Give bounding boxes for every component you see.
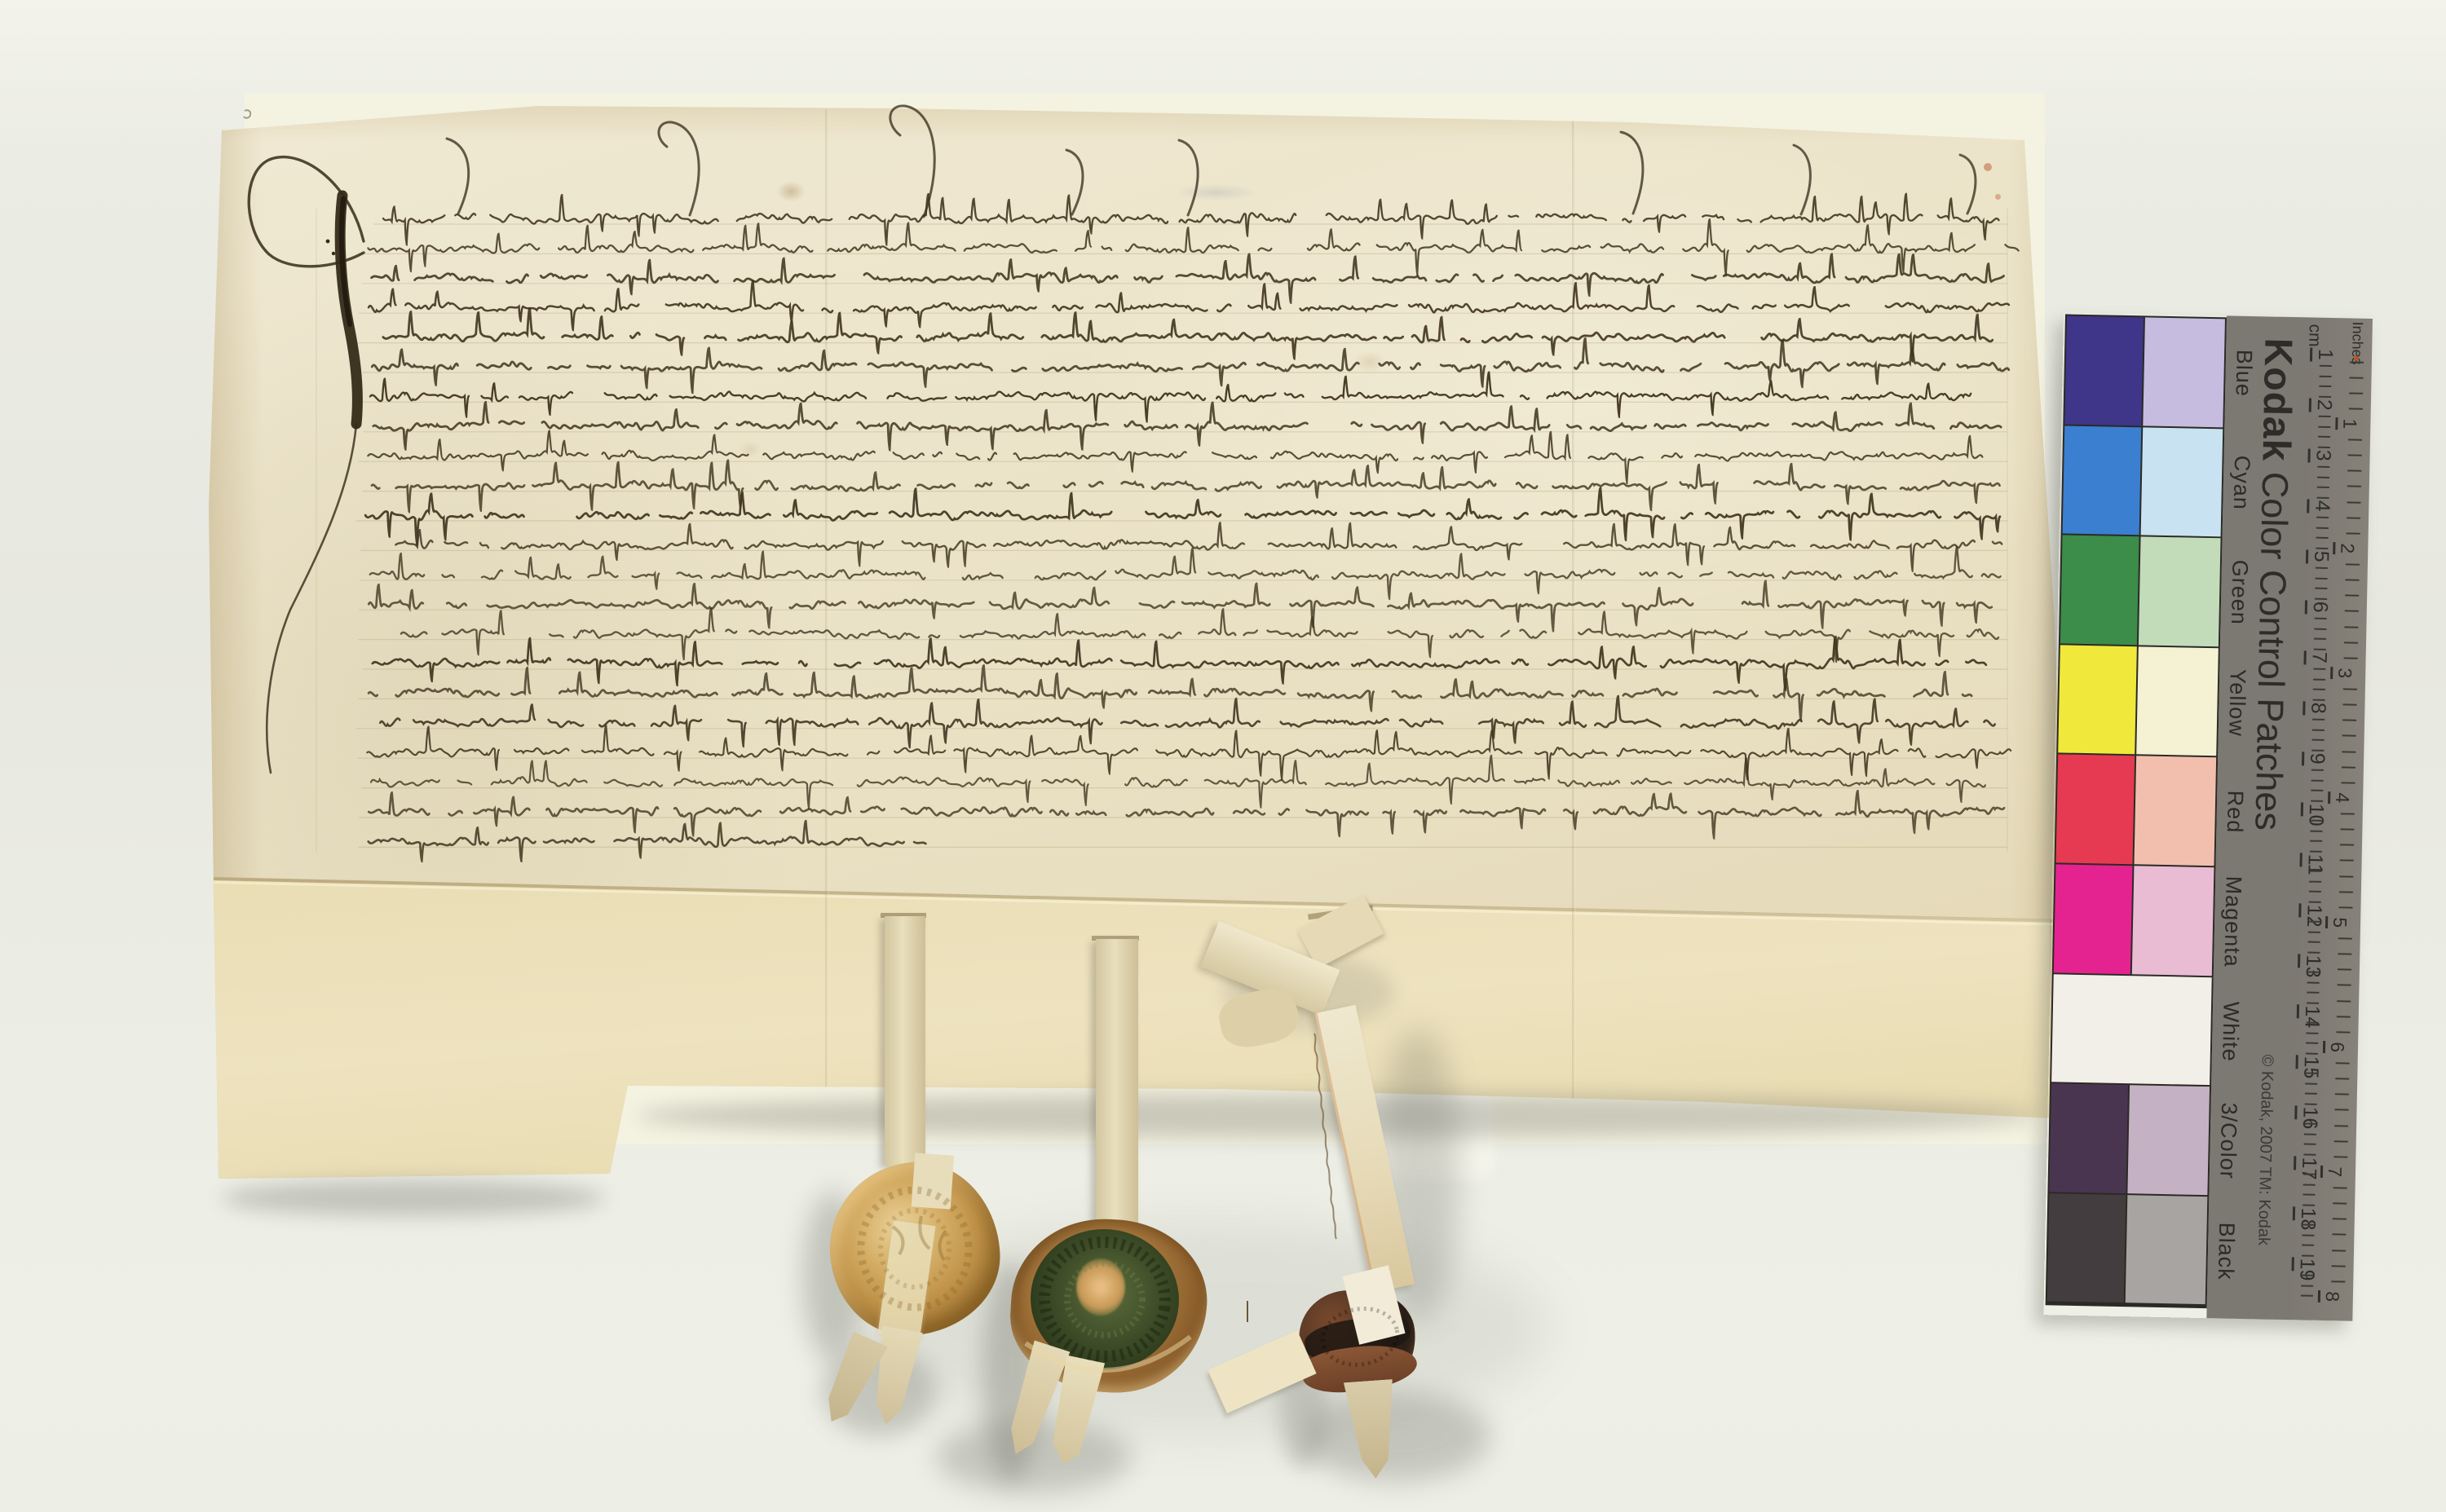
cm-number: 8 — [2306, 702, 2329, 717]
patch-label-cyan: Cyan — [2224, 429, 2259, 537]
inch-number-text: 2 — [2336, 543, 2358, 553]
cm-number: 9 — [2305, 752, 2329, 768]
inch-subtick — [2337, 1000, 2351, 1002]
cm-tick — [2292, 1257, 2294, 1271]
inch-subtick — [2334, 1140, 2348, 1142]
cm-tick — [2306, 549, 2308, 563]
inch-subtick — [2349, 392, 2363, 394]
cm-number-text: 14 — [2300, 1005, 2325, 1028]
inch-subtick — [2343, 688, 2357, 690]
inch-subtick — [2347, 486, 2361, 487]
wax-seal-middle-chip — [1076, 1259, 1125, 1316]
cm-tick — [2294, 1105, 2297, 1119]
cm-number-text: 15 — [2298, 1056, 2323, 1078]
cm-subtick — [2306, 1043, 2318, 1044]
patch-white — [2051, 974, 2212, 1085]
vertical-crease-right — [1572, 111, 1576, 1179]
cm-tick — [2307, 448, 2310, 462]
cm-subtick — [2318, 436, 2330, 438]
cm-number-text: 19 — [2294, 1258, 2319, 1281]
cm-subtick — [2314, 628, 2326, 629]
blue-smudge — [1177, 184, 1255, 201]
inch-number-text: 5 — [2329, 917, 2351, 928]
inch-subtick — [2342, 766, 2355, 768]
inch-number-text: 7 — [2324, 1166, 2346, 1177]
cm-tick — [2296, 1055, 2298, 1069]
cm-subtick — [2305, 1103, 2317, 1104]
patch-label-3-color: 3/Color — [2210, 1087, 2245, 1195]
inch-subtick — [2348, 439, 2362, 441]
cm-tick — [2301, 802, 2303, 816]
patch-label-text: Cyan — [2228, 456, 2254, 511]
cm-number: 15 — [2298, 1056, 2323, 1082]
parchment-stain — [1353, 350, 1386, 373]
cm-subtick — [2314, 638, 2326, 640]
inch-subtick — [2345, 611, 2359, 612]
patch-label-green: Green — [2222, 539, 2257, 647]
inch-subtick — [2334, 1125, 2348, 1126]
cm-number-text: 12 — [2302, 904, 2326, 927]
cm-subtick — [2303, 1194, 2315, 1196]
cm-subtick — [2313, 699, 2325, 700]
cm-subtick — [2303, 1153, 2316, 1155]
cm-subtick — [2303, 1184, 2316, 1185]
patch-label-text: Red — [2222, 791, 2248, 834]
cm-number-text: 16 — [2298, 1106, 2322, 1129]
cm-subtick — [2319, 386, 2331, 387]
inch-subtick — [2338, 985, 2351, 986]
inch-subtick — [2342, 704, 2356, 706]
inch-subtick — [2344, 626, 2358, 628]
patch-red-tint — [2135, 756, 2217, 866]
cm-number: 18 — [2295, 1207, 2320, 1234]
cm-number-text: 6 — [2308, 601, 2332, 612]
cm-subtick — [2318, 425, 2330, 427]
inch-subtick — [2350, 377, 2364, 378]
cm-number: 3 — [2311, 450, 2334, 465]
cm-number: 1 — [2313, 349, 2337, 364]
patch-red-saturated — [2056, 755, 2135, 864]
patch-black-saturated — [2047, 1193, 2126, 1303]
cm-subtick — [2308, 941, 2320, 943]
seal-tag-left — [885, 916, 925, 1166]
cm-number: 19 — [2294, 1258, 2319, 1285]
cm-subtick — [2308, 921, 2320, 923]
patch-3-color-saturated — [2049, 1083, 2128, 1192]
inch-number-text: 4 — [2331, 792, 2353, 803]
cm-number: 11 — [2303, 853, 2327, 879]
inch-subtick — [2345, 595, 2359, 597]
cm-subtick — [2306, 1052, 2318, 1054]
cm-subtick — [2305, 1073, 2317, 1074]
cm-subtick — [2301, 1295, 2313, 1297]
patch-label-text: 3/Color — [2214, 1103, 2241, 1180]
red-speck — [1995, 194, 2001, 200]
cm-tick — [2298, 903, 2301, 917]
vertical-crease-left — [825, 109, 829, 1169]
cm-subtick — [2316, 517, 2329, 518]
cm-number: 16 — [2298, 1106, 2322, 1133]
cm-subtick — [2307, 972, 2320, 973]
patch-blue-saturated — [2064, 315, 2144, 425]
patch-yellow-saturated — [2058, 645, 2137, 754]
patch-label-text: White — [2217, 1001, 2243, 1062]
inch-number: 5 — [2329, 917, 2351, 932]
cm-subtick — [2311, 749, 2324, 751]
inch-subtick — [2340, 829, 2354, 831]
patch-label-text: Magenta — [2219, 876, 2245, 968]
cm-subtick — [2315, 618, 2327, 619]
inch-subtick — [2347, 501, 2360, 503]
cm-subtick — [2302, 1234, 2314, 1236]
inch-subtick — [2346, 580, 2360, 581]
inch-subtick — [2332, 1234, 2346, 1236]
cm-subtick — [2311, 820, 2323, 822]
inch-number: 1 — [2338, 418, 2360, 434]
cm-subtick — [2306, 1032, 2318, 1034]
cm-subtick — [2312, 739, 2325, 741]
inch-number: 2 — [2336, 543, 2358, 558]
cm-number-text: 2 — [2312, 399, 2336, 411]
cm-subtick — [2315, 597, 2327, 599]
cm-number-text: 8 — [2306, 702, 2329, 713]
cm-number: 2 — [2312, 399, 2336, 415]
cm-subtick — [2316, 547, 2328, 549]
inch-number-text: 6 — [2326, 1042, 2348, 1052]
patch-magenta-saturated — [2054, 864, 2133, 973]
cm-subtick — [2307, 981, 2320, 983]
cm-subtick — [2316, 577, 2328, 579]
inch-subtick — [2338, 906, 2352, 908]
patch-label-text: Blue — [2231, 350, 2257, 398]
inch-subtick — [2332, 1265, 2346, 1267]
kodak-color-control-strip: Kodak Color Control Patches © Kodak, 200… — [2043, 312, 2373, 1320]
cm-subtick — [2317, 487, 2329, 488]
cm-subtick — [2303, 1204, 2315, 1206]
inch-tick — [2328, 791, 2330, 804]
cm-subtick — [2312, 719, 2325, 721]
patch-label-text: Black — [2213, 1222, 2239, 1281]
cm-subtick — [2309, 880, 2321, 882]
cm-subtick — [2309, 891, 2321, 893]
inch-subtick — [2347, 517, 2360, 518]
cm-tick — [2307, 499, 2309, 513]
inch-subtick — [2333, 1219, 2347, 1220]
cm-subtick — [2310, 850, 2322, 852]
cm-subtick — [2313, 689, 2325, 690]
cm-number: 10 — [2303, 803, 2328, 830]
kodak-copyright-text: © Kodak, 2007 TM: Kodak — [2254, 1054, 2276, 1245]
cm-tick — [2303, 650, 2306, 664]
inch-number: 8 — [2321, 1291, 2343, 1307]
cm-subtick — [2303, 1174, 2316, 1175]
cm-number: 17 — [2297, 1157, 2321, 1184]
cm-tick — [2294, 1156, 2296, 1170]
inch-subtick — [2335, 1078, 2349, 1079]
inch-subtick — [2339, 875, 2353, 877]
patch-label-blue: Blue — [2226, 319, 2261, 427]
inch-subtick — [2342, 720, 2356, 721]
cm-subtick — [2313, 678, 2325, 680]
cm-tick — [2293, 1206, 2295, 1220]
patch-cyan-tint — [2141, 427, 2223, 537]
cm-number: 5 — [2309, 550, 2333, 566]
inch-number: 3 — [2333, 668, 2355, 683]
inch-tick — [2320, 1166, 2323, 1178]
red-speck — [1984, 163, 1992, 171]
cm-subtick — [2316, 567, 2328, 569]
patch-label-text: Green — [2226, 560, 2253, 626]
patch-label-magenta: Magenta — [2215, 867, 2250, 976]
cm-number: 12 — [2302, 904, 2326, 931]
cm-number: 13 — [2301, 954, 2325, 981]
cm-subtick — [2307, 1022, 2319, 1024]
cm-subtick — [2307, 992, 2319, 994]
cm-tick — [2310, 347, 2312, 361]
cm-subtick — [2317, 466, 2329, 468]
cm-tick — [2299, 853, 2302, 866]
patch-blue-tint — [2143, 317, 2225, 427]
cm-number-text: 4 — [2310, 500, 2333, 512]
seal-tag-middle — [1096, 939, 1138, 1229]
inch-subtick — [2333, 1156, 2347, 1157]
inch-subtick — [2341, 813, 2355, 814]
cm-subtick — [2309, 871, 2321, 872]
cm-number-text: 5 — [2309, 550, 2333, 562]
kodak-brand-text: Kodak — [2254, 337, 2299, 462]
cm-tick — [2305, 600, 2307, 614]
cm-subtick — [2319, 395, 2331, 397]
inch-subtick — [2340, 844, 2354, 846]
cm-number-text: 18 — [2296, 1207, 2320, 1230]
patch-label-white: White — [2213, 977, 2248, 1086]
cm-number-text: 9 — [2305, 752, 2329, 764]
cm-tick — [2297, 1004, 2299, 1018]
cm-subtick — [2303, 1224, 2315, 1226]
inch-subtick — [2348, 455, 2362, 456]
inch-subtick — [2337, 1016, 2351, 1017]
patch-label-black: Black — [2209, 1197, 2244, 1305]
cm-subtick — [2317, 476, 2329, 478]
inch-subtick — [2338, 937, 2352, 939]
inch-number: 6 — [2326, 1042, 2348, 1057]
cm-subtick — [2315, 588, 2327, 589]
cm-subtick — [2301, 1275, 2313, 1276]
cm-subtick — [2314, 648, 2326, 650]
cm-subtick — [2316, 537, 2329, 539]
cm-subtick — [2318, 446, 2330, 447]
cm-subtick — [2309, 901, 2321, 902]
inch-subtick — [2350, 361, 2364, 363]
cm-tick — [2302, 752, 2304, 765]
cm-number-text: 7 — [2307, 651, 2331, 663]
cm-unit-label: cm — [2304, 324, 2325, 350]
cm-number-text: 10 — [2303, 803, 2328, 826]
patch-yellow-tint — [2136, 646, 2219, 756]
inch-subtick — [2335, 1094, 2349, 1095]
cm-subtick — [2311, 779, 2324, 781]
cm-subtick — [2302, 1254, 2314, 1256]
inch-number-text: 3 — [2333, 668, 2355, 678]
cm-tick — [2309, 398, 2311, 412]
cm-tick — [2298, 954, 2300, 968]
inch-subtick — [2339, 891, 2353, 893]
inch-subtick — [2344, 657, 2358, 659]
inch-subtick — [2333, 1202, 2347, 1204]
inch-subtick — [2336, 1031, 2350, 1033]
inch-tick — [2318, 1290, 2320, 1303]
shadow-under-left-flap — [222, 1180, 605, 1216]
inch-tick — [2335, 417, 2338, 430]
cm-subtick — [2320, 375, 2332, 377]
cm-subtick — [2304, 1123, 2316, 1125]
cm-subtick — [2317, 496, 2329, 498]
patch-cyan-saturated — [2063, 425, 2142, 535]
patch-3-color-tint — [2127, 1085, 2210, 1195]
inch-subtick — [2333, 1187, 2347, 1188]
cm-subtick — [2312, 729, 2325, 730]
inch-number: 4 — [2331, 792, 2353, 808]
inch-subtick — [2332, 1250, 2346, 1251]
cm-subtick — [2308, 931, 2320, 932]
cm-subtick — [2310, 830, 2322, 831]
patch-black-tint — [2126, 1195, 2208, 1305]
patch-label-red: Red — [2217, 758, 2252, 866]
inch-subtick — [2349, 408, 2363, 409]
cm-subtick — [2302, 1245, 2314, 1246]
parchment-stain — [738, 440, 762, 458]
cm-subtick — [2305, 1093, 2317, 1095]
cm-number: 14 — [2299, 1005, 2324, 1032]
cm-number-text: 13 — [2301, 954, 2325, 977]
cm-subtick — [2305, 1082, 2317, 1084]
red-dot — [2354, 356, 2359, 361]
inch-subtick — [2342, 782, 2355, 783]
cm-subtick — [2311, 769, 2324, 771]
patch-magenta-tint — [2132, 866, 2214, 976]
left-tag-entry — [912, 1153, 954, 1209]
inch-subtick — [2347, 470, 2361, 472]
inch-subtick — [2346, 563, 2360, 565]
cm-number: 4 — [2310, 500, 2333, 516]
cm-subtick — [2304, 1144, 2316, 1145]
patch-green-saturated — [2060, 536, 2139, 645]
cm-number: 6 — [2308, 601, 2332, 616]
cm-subtick — [2313, 668, 2325, 670]
inch-subtick — [2342, 735, 2356, 737]
inch-subtick — [2338, 969, 2351, 971]
inch-tick — [2323, 1041, 2325, 1053]
inch-subtick — [2344, 641, 2358, 643]
cm-subtick — [2310, 840, 2322, 842]
patch-green-tint — [2139, 537, 2221, 647]
inch-subtick — [2334, 1109, 2348, 1111]
cm-number-text: 1 — [2313, 349, 2337, 360]
cm-subtick — [2316, 527, 2329, 528]
inch-subtick — [2336, 1062, 2350, 1064]
inch-subtick — [2331, 1281, 2345, 1282]
photograph-stage: Kodak Color Control Patches © Kodak, 200… — [0, 0, 2446, 1512]
cm-subtick — [2311, 800, 2323, 801]
inch-number: 7 — [2324, 1166, 2346, 1182]
cm-subtick — [2319, 416, 2331, 417]
patch-label-text: Yellow — [2223, 668, 2250, 737]
ink-stain — [776, 181, 806, 202]
middle-tag-stub-thread — [1247, 1301, 1248, 1322]
cm-number: 7 — [2307, 651, 2330, 667]
inch-number-text: 1 — [2338, 418, 2360, 429]
cm-subtick — [2307, 1002, 2319, 1003]
inch-tick — [2333, 542, 2335, 554]
cm-tick — [2303, 701, 2305, 715]
patch-label-yellow: Yellow — [2219, 648, 2254, 756]
cm-subtick — [2307, 951, 2320, 953]
inch-subtick — [2347, 532, 2360, 534]
inch-tick — [2330, 667, 2333, 679]
inch-tick — [2325, 916, 2328, 928]
inch-subtick — [2342, 751, 2355, 752]
inch-number-text: 8 — [2321, 1291, 2343, 1302]
inch-subtick — [2338, 953, 2351, 954]
cm-subtick — [2304, 1133, 2316, 1135]
cm-subtick — [2301, 1285, 2313, 1286]
cm-subtick — [2320, 365, 2332, 367]
cm-number-text: 3 — [2311, 450, 2334, 461]
cm-number-text: 17 — [2297, 1157, 2321, 1179]
inch-subtick — [2340, 860, 2354, 862]
cm-subtick — [2311, 790, 2323, 791]
